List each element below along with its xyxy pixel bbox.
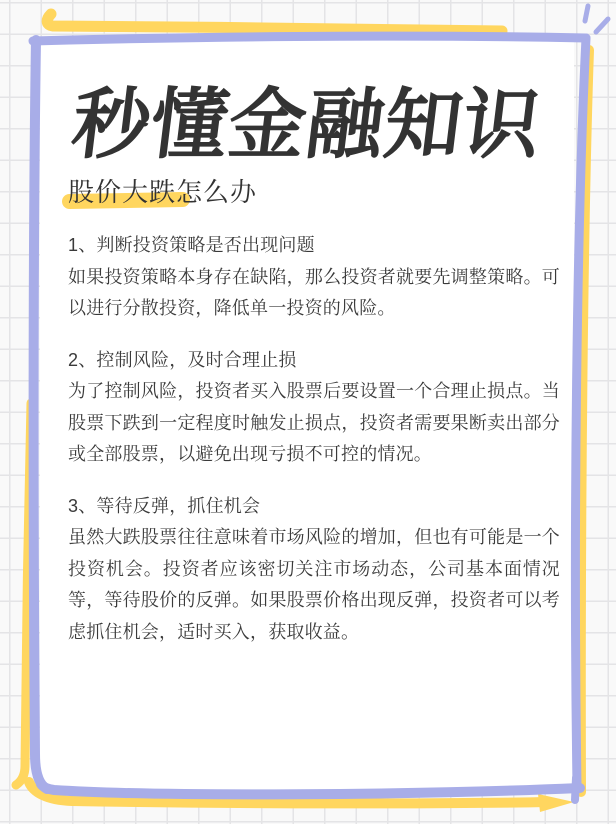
section-body: 如果投资策略本身存在缺陷，那么投资者就要先调整策略。可以进行分散投资，降低单一投… (68, 262, 560, 325)
section-heading: 2、控制风险，及时合理止损 (68, 345, 560, 377)
yellow-left-stroke (16, 403, 31, 785)
poster-card: 秒懂金融知识 股价大跌怎么办 1、判断投资策略是否出现问题 如果投资策略本身存在… (40, 40, 574, 790)
yellow-top-stroke (47, 14, 502, 31)
section-heading: 3、等待反弹，抓住机会 (68, 491, 560, 523)
yellow-arrow-tip (538, 794, 574, 812)
sparkle-accent-icon (585, 6, 588, 21)
section-control-risk: 2、控制风险，及时合理止损 为了控制风险，投资者买入股票后要设置一个合理止损点。… (68, 345, 560, 471)
purple-bottom-right-tail (575, 778, 576, 800)
sparkle-accent-icon (596, 19, 608, 32)
section-wait-rebound: 3、等待反弹，抓住机会 虽然大跌股票往往意味着市场风险的增加，但也有可能是一个投… (68, 491, 560, 649)
grid-paper-background: 秒懂金融知识 股价大跌怎么办 1、判断投资策略是否出现问题 如果投资策略本身存在… (0, 0, 616, 824)
poster-subtitle: 股价大跌怎么办 (68, 176, 257, 208)
section-heading: 1、判断投资策略是否出现问题 (68, 230, 560, 262)
poster-title: 秒懂金融知识 (35, 82, 580, 168)
section-judge-strategy: 1、判断投资策略是否出现问题 如果投资策略本身存在缺陷，那么投资者就要先调整策略… (68, 230, 560, 325)
section-list: 1、判断投资策略是否出现问题 如果投资策略本身存在缺陷，那么投资者就要先调整策略… (68, 230, 560, 668)
section-body: 虽然大跌股票往往意味着市场风险的增加，但也有可能是一个投资机会。投资者应该密切关… (68, 522, 560, 648)
section-body: 为了控制风险，投资者买入股票后要设置一个合理止损点。当股票下跌到一定程度时触发止… (68, 376, 560, 471)
yellow-right-stroke (581, 50, 589, 792)
purple-right-border (575, 38, 586, 786)
poster-subtitle-block: 股价大跌怎么办 (68, 176, 257, 210)
